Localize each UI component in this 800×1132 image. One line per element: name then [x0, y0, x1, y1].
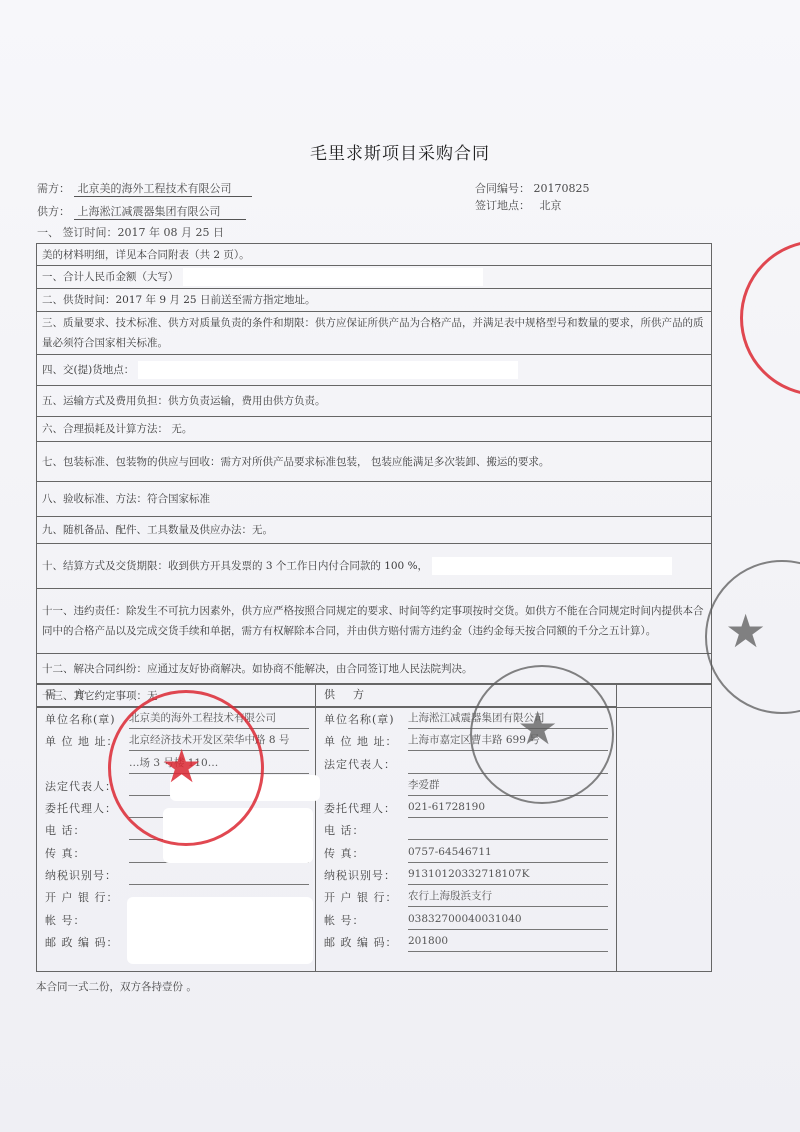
clause-row-c3: 三、质量要求、技术标准、供方对质量负责的条件和期限：供方应保证所供产品为合格产品…: [37, 312, 711, 355]
field-value: [129, 863, 309, 885]
field-value: [408, 818, 608, 840]
footer-note: 本合同一式二份，双方各持壹份 。: [36, 979, 197, 994]
field-label: 纳税识别号：: [324, 867, 408, 883]
field-label: 纳税识别号：: [45, 867, 129, 883]
clause-row-c2: 二、供货时间：2017 年 9 月 25 日前送至需方指定地址。: [37, 289, 711, 312]
field-label: 帐 号：: [324, 912, 408, 928]
supplier-field: 开 户 银 行：农行上海殷浜支行: [316, 885, 616, 907]
contract-number-value: 20170825: [534, 182, 590, 195]
sign-place: 签订地点： 北京: [475, 197, 562, 213]
buyer-label: 需方：: [37, 182, 70, 195]
field-label: 电 话：: [45, 822, 129, 838]
clause-text: 三、质量要求、技术标准、供方对质量负责的条件和期限：供方应保证所供产品为合格产品…: [42, 313, 706, 353]
field-label: 单 位 地 址：: [324, 733, 408, 749]
sign-place-label: 签订地点：: [475, 199, 530, 212]
clause-row-c10: 十、结算方式及交货期限：收到供方开具发票的 3 个工作日内付合同款的 100 %…: [37, 544, 711, 589]
buyer-field: 纳税识别号：: [37, 863, 315, 885]
field-label: 邮 政 编 码：: [324, 934, 408, 950]
clause-text: 十、结算方式及交货期限：收到供方开具发票的 3 个工作日内付合同款的 100 %…: [42, 556, 428, 576]
supplier-line: 供方： 上海淞江减震器集团有限公司: [37, 203, 246, 220]
field-label: 邮 政 编 码：: [45, 934, 129, 950]
clause-text: 七、包装标准、包装物的供应与回收：需方对所供产品要求标准包装， 包装应能满足多次…: [42, 452, 549, 472]
contract-number: 合同编号： 20170825: [475, 180, 590, 196]
contract-number-label: 合同编号：: [475, 182, 530, 195]
contract-page: 毛里求斯项目采购合同 需方： 北京美的海外工程技术有限公司 供方： 上海淞江减震…: [0, 0, 800, 1132]
field-label: 委托代理人：: [324, 800, 408, 816]
clause-text: 五、运输方式及费用负担：供方负责运输，费用由供方负责。: [42, 391, 326, 411]
supplier-field: 帐 号：03832700040031040: [316, 908, 616, 930]
clause-text: 六、合理损耗及计算方法： 无。: [42, 419, 192, 439]
redaction-box: [138, 361, 518, 379]
star-icon: ★: [161, 743, 202, 789]
field-value: 0757-64546711: [408, 841, 608, 863]
field-label: 电 话：: [324, 822, 408, 838]
clause-row-materials: 美的材料明细，详见本合同附表（共 2 页）。: [37, 244, 711, 266]
supplier-edge-seal: ★: [705, 560, 800, 714]
clause-text: 十一、违约责任：除发生不可抗力因素外，供方应严格按照合同规定的要求、时间等约定事…: [42, 601, 706, 641]
clause-row-c4: 四、交(提)货地点：: [37, 355, 711, 386]
supplier-label: 供方：: [37, 205, 70, 218]
field-label: 传 真：: [45, 845, 129, 861]
buyer-line: 需方： 北京美的海外工程技术有限公司: [37, 180, 252, 197]
clause-text: 十二、解决合同纠纷：应通过友好协商解决。如协商不能解决，由合同签订地人民法院判决…: [42, 659, 473, 679]
field-value: 201800: [408, 930, 608, 952]
buyer-company-seal: ★: [108, 690, 264, 846]
clause-row-c8: 八、验收标准、方法：符合国家标准: [37, 482, 711, 517]
clause-row-c1: 一、合计人民币金额（大写）: [37, 266, 711, 289]
clause-row-c7: 七、包装标准、包装物的供应与回收：需方对所供产品要求标准包装， 包装应能满足多次…: [37, 442, 711, 482]
star-icon: ★: [725, 608, 766, 654]
buyer-name: 北京美的海外工程技术有限公司: [74, 180, 252, 197]
field-value: 农行上海殷浜支行: [408, 885, 608, 907]
clause-text: 九、随机备品、配件、工具数量及供应办法：无。: [42, 520, 273, 540]
supplier-field: 纳税识别号：91310120332718107K: [316, 863, 616, 885]
field-label: 开 户 银 行：: [324, 889, 408, 905]
document-title: 毛里求斯项目采购合同: [0, 139, 800, 164]
clause-text: 四、交(提)货地点：: [42, 360, 134, 380]
field-value: 03832700040031040: [408, 908, 608, 930]
supplier-field: 传 真：0757-64546711: [316, 841, 616, 863]
star-icon: ★: [517, 705, 558, 751]
clause-text: 美的材料明细，详见本合同附表（共 2 页）。: [42, 245, 250, 265]
field-value: 021-61728190: [408, 796, 608, 818]
supplier-name: 上海淞江减震器集团有限公司: [74, 203, 246, 220]
field-label: 帐 号：: [45, 912, 129, 928]
field-value: 91310120332718107K: [408, 863, 608, 885]
clause-text: 二、供货时间：2017 年 9 月 25 日前送至需方指定地址。: [42, 290, 315, 310]
redaction-box: [127, 897, 313, 964]
field-label: 单位名称(章): [324, 711, 408, 727]
field-label: 传 真：: [324, 845, 408, 861]
redaction-box: [183, 268, 483, 286]
clauses-table: 美的材料明细，详见本合同附表（共 2 页）。一、合计人民币金额（大写）二、供货时…: [36, 243, 712, 708]
field-label: 单位名称(章): [45, 711, 129, 727]
clause-row-c12: 十二、解决合同纠纷：应通过友好协商解决。如协商不能解决，由合同签订地人民法院判决…: [37, 654, 711, 685]
clause-row-c5: 五、运输方式及费用负担：供方负责运输，费用由供方负责。: [37, 386, 711, 417]
clause-row-c6: 六、合理损耗及计算方法： 无。: [37, 417, 711, 442]
buyer-edge-seal: [740, 240, 800, 396]
field-label: 法定代表人：: [324, 756, 408, 772]
field-label: 开 户 银 行：: [45, 889, 129, 905]
supplier-field: 委托代理人：021-61728190: [316, 796, 616, 818]
sign-place-value: 北京: [540, 199, 562, 212]
supplier-field: 邮 政 编 码：201800: [316, 930, 616, 952]
clause-text: 一、合计人民币金额（大写）: [42, 267, 179, 287]
supplier-field: 电 话：: [316, 818, 616, 840]
sign-date: 一、 签订时间：2017 年 08 月 25 日: [37, 224, 224, 240]
clause-text: 八、验收标准、方法：符合国家标准: [42, 489, 210, 509]
clause-row-c11: 十一、违约责任：除发生不可抗力因素外，供方应严格按照合同规定的要求、时间等约定事…: [37, 589, 711, 654]
clause-row-c9: 九、随机备品、配件、工具数量及供应办法：无。: [37, 517, 711, 544]
supplier-company-seal: ★: [470, 665, 614, 804]
redaction-box: [432, 557, 672, 575]
